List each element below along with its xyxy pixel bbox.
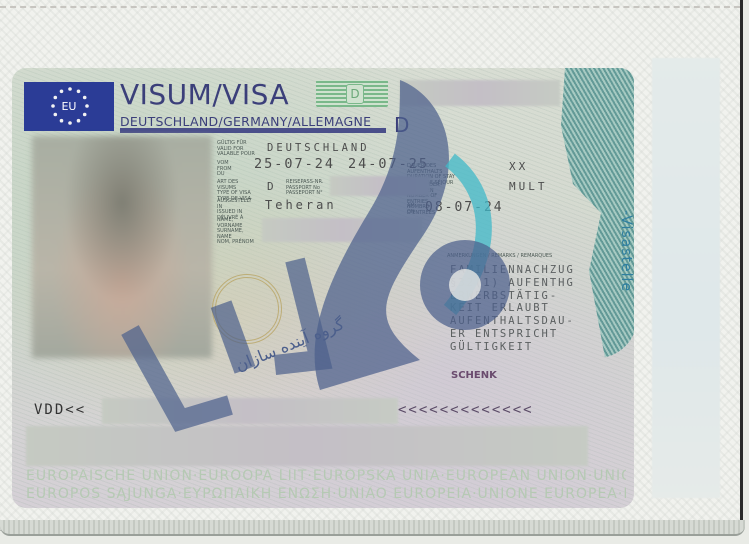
- value-duration: XX: [509, 160, 528, 173]
- security-microtext-2: EUROPOS SĄJUNGA·ΕΥΡΩΠΑΪΚΗ ΕΝΩΣΗ·UNIÃO EU…: [26, 486, 626, 502]
- page-stitching: [0, 6, 740, 12]
- value-type: D: [267, 180, 277, 193]
- officer-signature: SCHENK: [451, 370, 497, 381]
- label-valid-for: GÜLTIG FÜRVALID FORVALABLE POUR: [217, 141, 257, 158]
- value-issued-in: Teheran: [265, 198, 337, 212]
- label-remarks: ANMERKUNGEN / REMARKS / REMARQUES: [447, 254, 577, 260]
- value-issued-on: 08-07-24: [425, 200, 504, 215]
- eu-label: EU: [24, 100, 114, 113]
- issuing-country: DEUTSCHLAND/GERMANY/ALLEMAGNE: [120, 114, 371, 129]
- security-feature-d: D: [316, 80, 388, 107]
- security-microtext-1: EUROPÄISCHE UNION·EUROOPA LIIT·EURÓPSKA …: [26, 468, 626, 484]
- mrz-line1-suffix: <<<<<<<<<<<<<: [398, 402, 534, 418]
- visa-title: VISUM/VISA: [120, 78, 289, 111]
- label-passport: REISEPASS-NR.PASSPORT NoPASSEPORT N°: [286, 180, 326, 197]
- security-seal: [212, 274, 282, 344]
- value-until: 24-07-25: [348, 156, 429, 172]
- redacted-passport-no: [330, 176, 430, 196]
- redacted-side-field: [652, 58, 720, 498]
- redacted-field-top-right: [400, 80, 560, 106]
- redacted-mrz-line2: [26, 426, 588, 466]
- value-from: 25-07-24: [254, 156, 335, 172]
- redacted-name: [262, 218, 422, 242]
- eu-flag: EU: [24, 82, 114, 131]
- label-from: VOMFROMDU: [217, 161, 257, 178]
- passport-page: EU VISUM/VISA D DEUTSCHLAND/GERMANY/ALLE…: [0, 0, 743, 531]
- label-issued-on: AMON: [407, 204, 419, 215]
- redacted-mrz-line1: [102, 398, 398, 424]
- visa-category-letter: D: [394, 113, 409, 137]
- value-entries: MULT: [509, 180, 548, 193]
- page-edge: [0, 520, 745, 536]
- visa-sticker: EU VISUM/VISA D DEUTSCHLAND/GERMANY/ALLE…: [12, 68, 634, 508]
- remarks-block: FAMILIENNACHZUG §32(1) AUFENTHG ERWERBST…: [450, 264, 575, 354]
- microtext-bar: [120, 128, 386, 133]
- visastelle-stamp: -Visastelle: [618, 210, 634, 292]
- label-name: NAME, VORNAMESURNAME, NAMENOM, PRÉNOM: [217, 218, 257, 246]
- holder-photo-redacted: [32, 136, 212, 358]
- mrz-line1-prefix: VDD<<: [34, 402, 86, 418]
- value-valid-for: DEUTSCHLAND: [267, 142, 370, 154]
